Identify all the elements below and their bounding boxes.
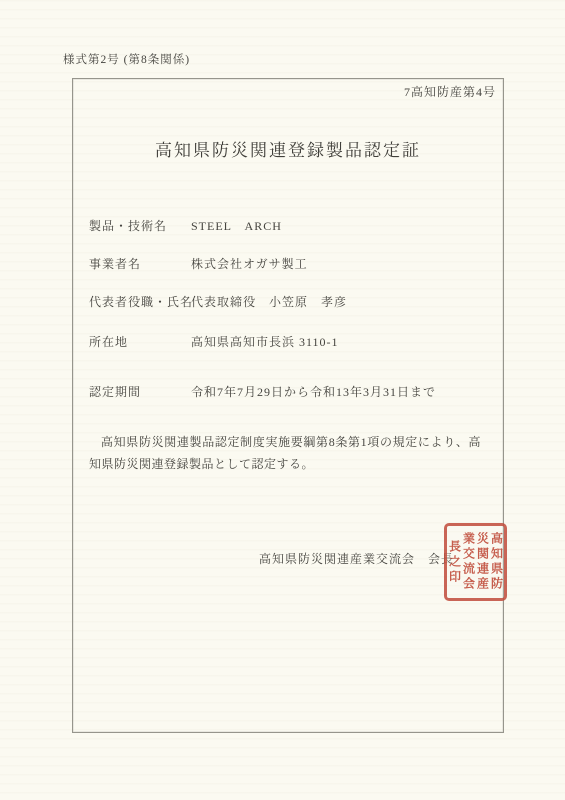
official-red-seal: 高知県防災関連産業交流会長之印	[444, 523, 507, 601]
certificate-scan-page: 様式第2号 (第8条関係) 7高知防産第4号 高知県防災関連登録製品認定証 製品…	[0, 0, 565, 800]
seal-text: 高知県防災関連産業交流会長之印	[448, 529, 504, 595]
certificate-title: 高知県防災関連登録製品認定証	[73, 136, 503, 161]
field-row-representative: 代表者役職・氏名 代表取締役 小笠原 孝彦	[89, 294, 489, 310]
field-value: 代表取締役 小笠原 孝彦	[191, 294, 347, 310]
certificate-border-frame: 7高知防産第4号 高知県防災関連登録製品認定証 製品・技術名 STEEL ARC…	[72, 78, 504, 733]
field-label: 事業者名	[89, 256, 191, 272]
form-number-label: 様式第2号 (第8条関係)	[63, 51, 190, 67]
field-value: 高知県高知市長浜 3110-1	[191, 334, 339, 350]
certificate-fields: 製品・技術名 STEEL ARCH 事業者名 株式会社オガサ製工 代表者役職・氏…	[89, 218, 489, 400]
document-number: 7高知防産第4号	[404, 83, 496, 100]
field-value: 令和7年7月29日から令和13年3月31日まで	[191, 384, 436, 400]
field-label: 認定期間	[89, 384, 191, 400]
field-row-address: 所在地 高知県高知市長浜 3110-1	[89, 334, 489, 350]
field-row-business-name: 事業者名 株式会社オガサ製工	[89, 256, 489, 272]
field-value: STEEL ARCH	[191, 218, 282, 234]
field-row-certification-period: 認定期間 令和7年7月29日から令和13年3月31日まで	[89, 384, 489, 400]
field-label: 製品・技術名	[89, 218, 191, 234]
field-label: 所在地	[89, 334, 191, 350]
issuer-line: 高知県防災関連産業交流会 会長	[259, 550, 454, 567]
field-label: 代表者役職・氏名	[89, 294, 191, 310]
field-value: 株式会社オガサ製工	[191, 256, 308, 272]
certification-statement: 高知県防災関連製品認定制度実施要綱第8条第1項の規定により、高知県防災関連登録製…	[89, 431, 481, 475]
field-row-product-name: 製品・技術名 STEEL ARCH	[89, 218, 489, 234]
